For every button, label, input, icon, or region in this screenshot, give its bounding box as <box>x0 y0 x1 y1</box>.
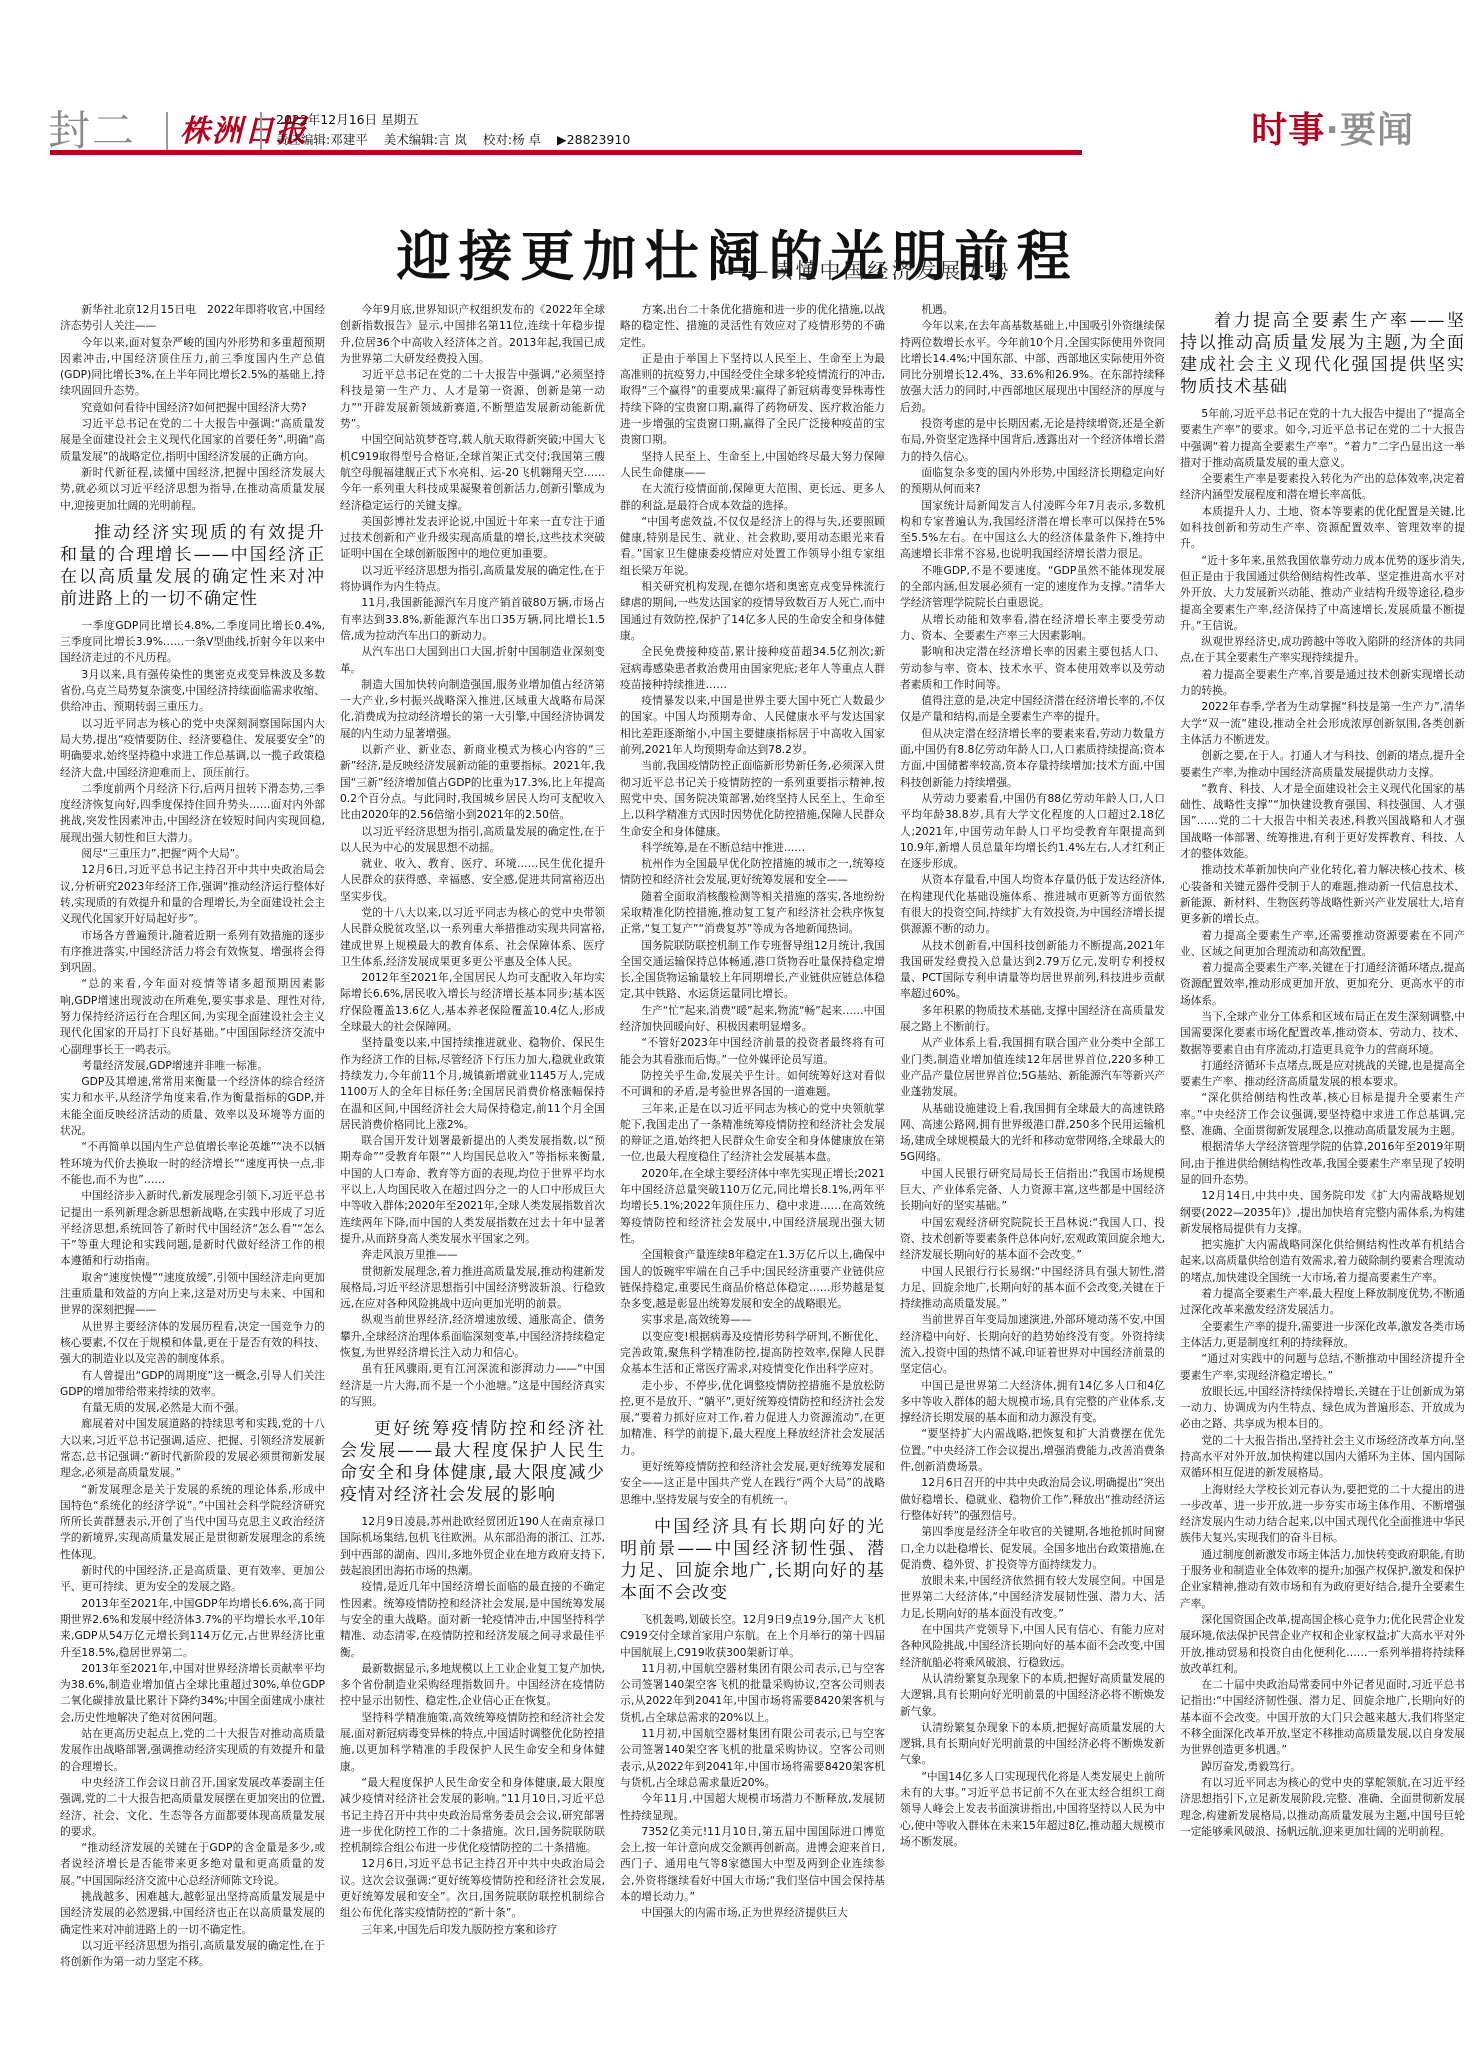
paragraph: 多年积累的物质技术基础,支撑中国经济在高质量发展之路上不断前行。 <box>900 1003 1165 1036</box>
paragraph: 认清纷繁复杂现象下的本质,把握好高质量发展的大逻辑,具有长期向好光明前景的中国经… <box>900 1720 1165 1769</box>
paragraph: “教育、科技、人才是全面建设社会主义现代化国家的基础性、战略性支撑”“加快建设教… <box>1180 781 1465 862</box>
paragraph: 着力提高全要素生产率,最大程度上释放制度优势,不断通过深化改革来激发经济发展活力… <box>1180 1286 1465 1319</box>
paragraph: 11月,我国新能源汽车月度产销首破80万辆,市场占有率达到33.8%,新能源汽车… <box>340 595 605 644</box>
proofreader-credit: 校对:杨 卓 <box>483 132 541 147</box>
paragraph: 中国已是世界第二大经济体,拥有14亿多人口和4亿多中等收入群体的超大规模市场,具… <box>900 1378 1165 1427</box>
article-column-4: 机遇。今年以来,在去年高基数基础上,中国吸引外资继续保持两位数增长水平。今年前1… <box>900 302 1165 2022</box>
paragraph: 3月以来,具有强传染性的奥密克戎变异株波及多数省份,乌克兰局势复杂演变,中国经济… <box>60 667 325 716</box>
paragraph: 有量无质的发展,必然是大而不强。 <box>60 1400 325 1416</box>
section-heading: 推动经济实现质的有效提升和量的合理增长——中国经济正在以高质量发展的确定性来对冲… <box>60 522 325 610</box>
paragraph: “新发展理念是关于发展的系统的理论体系,形成中国特色“系统化的经济学说”。”中国… <box>60 1482 325 1563</box>
section-title-dot: · <box>1325 110 1340 151</box>
paragraph: 2013年至2021年,中国GDP年均增长6.6%,高于同期世界2.6%和发展中… <box>60 1596 325 1661</box>
paragraph: 2012年至2021年,全国居民人均可支配收入年均实际增长6.6%,居民收入增长… <box>340 970 605 1035</box>
paragraph: 疫情,是近几年中国经济增长面临的最直接的不确定性因素。统筹疫情防控和经济社会发展… <box>340 1579 605 1660</box>
paragraph: 着力提高全要素生产率,还需要推动资源要素在不同产业、区域之间更加合理流动和高效配… <box>1180 928 1465 961</box>
paragraph: 防控关乎生命,发展关乎生计。如何统筹好这对看似不可调和的矛盾,是考验世界各国的一… <box>620 1068 885 1101</box>
paragraph: 走小步、不停步,优化调整疫情防控措施不是放松防控,更不是放开、“躺平”,更好统筹… <box>620 1378 885 1459</box>
paragraph: 习近平总书记在党的二十大报告中强调,“必须坚持科技是第一生产力、人才是第一资源、… <box>340 367 605 432</box>
paragraph: 站在更高历史起点上,党的二十大报告对推动高质量发展作出战略部署,强调推动经济实现… <box>60 1726 325 1775</box>
paragraph: 习近平总书记在党的二十大报告中强调:“高质量发展是全面建设社会主义现代化国家的首… <box>60 416 325 465</box>
paragraph: 今年以来,在去年高基数基础上,中国吸引外资继续保持两位数增长水平。今年前10个月… <box>900 318 1165 416</box>
paragraph: 联合国开发计划署最新提出的人类发展指数,以“预期寿命”“受教育年限”“人均国民总… <box>340 1133 605 1247</box>
paragraph: 奔走风浪万里推—— <box>340 1247 605 1263</box>
paragraph: 从增长动能和效率看,潜在经济增长率主要受劳动力、资本、全要素生产率三大因素影响。 <box>900 612 1165 645</box>
paragraph: 从基础设施建设上看,我国拥有全球最大的高速铁路网、高速公路网,拥有世界级港口群,… <box>900 1101 1165 1166</box>
paragraph: 纵观当前世界经济,经济增速放缓、通胀高企、债务攀升,全球经济治理体系面临深刻变革… <box>340 1312 605 1361</box>
paragraph: 中国宏观经济研究院院长王昌林说:“我国人口、投资、技术创新等要素条件总体向好,宏… <box>900 1215 1165 1264</box>
issue-meta: 2022年12月16日 星期五 责任编辑:邓建平 美术编辑:言 岚 校对:杨 卓… <box>276 110 642 150</box>
paragraph: 考量经济发展,GDP增速并非唯一标准。 <box>60 1058 325 1074</box>
paragraph: 从产业体系上看,我国拥有联合国产业分类中全部工业门类,制造业增加值连续12年居世… <box>900 1035 1165 1100</box>
paragraph: 从世界主要经济体的发展历程看,决定一国竞争力的核心要素,不仅在于规模和体量,更在… <box>60 1319 325 1368</box>
paragraph: 上海财经大学校长刘元春认为,要把党的二十大提出的进一步改革、进一步开放,进一步夯… <box>1180 1482 1465 1547</box>
paragraph: 在中国共产党领导下,中国人民有信心、有能力应对各种风险挑战,中国经济长期向好的基… <box>900 1622 1165 1671</box>
paragraph: 中国经济步入新时代,新发展理念引领下,习近平总书记提出一系列新理念新思想新战略,… <box>60 1188 325 1269</box>
article-column-3: 方案,出台二十条优化措施和进一步的优化措施,以战略的稳定性、措施的灵活性有效应对… <box>620 302 885 2022</box>
paragraph: 全要素生产率是要素投入转化为产出的总体效率,决定着经济内涵型发展程度和潜在增长率… <box>1180 471 1465 504</box>
paragraph: 但从决定潜在经济增长率的要素来看,劳动力数量方面,中国仍有8.8亿劳动年龄人口,… <box>900 726 1165 791</box>
paragraph: 以习近平经济思想为指引,高质量发展的确定性,在于将协调作为内生特点。 <box>340 563 605 596</box>
paragraph: 党的十八大以来,以习近平同志为核心的党中央带领人民群众脱贫攻坚,以一系列重大举措… <box>340 905 605 970</box>
article-subheadline: ——读懂中国经济发展大势 <box>0 256 1475 286</box>
paragraph: 11月初,中国航空器材集团有限公司表示,已与空客公司签署140架空客飞机的批量采… <box>620 1661 885 1726</box>
paragraph: 虽有狂风骤雨,更有江河深流和澎湃动力——“中国经济是一片大海,而不是一个小池塘。… <box>340 1361 605 1410</box>
paragraph: 以新产业、新业态、新商业模式为核心内容的“三新”经济,是反映经济发展新动能的重要… <box>340 742 605 823</box>
paragraph: “不管好2023年中国经济前景的投资者最终将有可能会为其看涨而后悔。”一位外媒评… <box>620 1035 885 1068</box>
paragraph: 阅尽“三重压力”,把握“两个大局”。 <box>60 846 325 862</box>
paragraph: 第四季度是经济全年收官的关键期,各地抢抓时间窗口,全力以赴稳增长、促发展。全国多… <box>900 1524 1165 1573</box>
paragraph: 相关研究机构发现,在德尔塔和奥密克戎变异株流行肆虐的期间,一些发达国家的疫情导致… <box>620 579 885 644</box>
paragraph: 全民免费接种疫苗,累计接种疫苗超34.5亿剂次;新冠病毒感染患者救治费用由国家兜… <box>620 644 885 693</box>
paragraph: 从技术创新看,中国科技创新能力不断提高,2021年我国研发经费投入总量达到2.7… <box>900 938 1165 1003</box>
paragraph: 就业、收入、教育、医疗、环境……民生优化提升人民群众的获得感、幸福感、安全感,促… <box>340 856 605 905</box>
section-title-secondary: 要闻 <box>1340 110 1414 151</box>
section-title-primary: 时事 <box>1251 110 1325 151</box>
paragraph: 中国人民银行研究局局长王信指出:“我国市场规模巨大、产业体系完备、人力资源丰富,… <box>900 1166 1165 1215</box>
paragraph: 科学统筹,是在不断总结中推进…… <box>620 840 885 856</box>
paragraph: 创新之要,在于人。打通人才与科技、创新的堵点,提升全要素生产率,为推动中国经济高… <box>1180 748 1465 781</box>
paragraph: 制造大国加快转向制造强国,服务业增加值占经济第一大产业,乡村振兴战略深入推进,区… <box>340 677 605 742</box>
paragraph: 7352亿美元!11月10日,第五届中国国际进口博览会上,按一年计意向成交金额再… <box>620 1824 885 1905</box>
paragraph: 美国彭博社发表评论说,中国近十年来一直专注于通过技术创新和产业升级实现高质量的增… <box>340 514 605 563</box>
paragraph: 坚持科学精准施策,高效统筹疫情防控和经济社会发展,面对新冠病毒变异株的特点,中国… <box>340 1710 605 1775</box>
paragraph: 取舍“速度快慢”“速度放缓”,引领中国经济走向更加注重质量和效益的方向上来,这是… <box>60 1270 325 1319</box>
paragraph: 11月初,中国航空器材集团有限公司表示,已与空客公司签署140架空客飞机的批量采… <box>620 1726 885 1791</box>
paragraph: “要坚持扩大内需战略,把恢复和扩大消费摆在优先位置。”中央经济工作会议提出,增强… <box>900 1426 1165 1475</box>
paragraph: 通过制度创新激发市场主体活力,加快转变政府职能,有助于服务业和制造业全体效率的提… <box>1180 1547 1465 1612</box>
paragraph: 坚持量变以来,中国持续推进就业、稳物价、保民生作为经济工作的目标,尽管经济下行压… <box>340 1035 605 1133</box>
paragraph: 当前世界百年变局加速演进,外部环境动荡不安,中国经济稳中向好、长期向好的趋势始终… <box>900 1312 1165 1377</box>
paragraph: 今年9月底,世界知识产权组织发布的《2022年全球创新指数报告》显示,中国排名第… <box>340 302 605 367</box>
paragraph: 中央经济工作会议日前召开,国家发展改革委副主任强调,党的二十大报告把高质量发展摆… <box>60 1775 325 1840</box>
article-body: 新华社北京12月15日电 2022年即将收官,中国经济态势引人关注——今年以来,… <box>60 302 1465 2022</box>
paragraph: 影响和决定潜在经济增长率的因素主要包括人口、劳动参与率、资本、技术水平、资本使用… <box>900 644 1165 693</box>
editor-credit: 责任编辑:邓建平 <box>276 132 368 147</box>
paragraph: 方案,出台二十条优化措施和进一步的优化措施,以战略的稳定性、措施的灵活性有效应对… <box>620 302 885 351</box>
paragraph: 新时代的中国经济,正是高质量、更有效率、更加公平、更可持续、更为安全的发展之路。 <box>60 1563 325 1596</box>
paragraph: 有以习近平同志为核心的党中央的掌舵领航,在习近平经济思想指引下,立足新发展阶段,… <box>1180 1775 1465 1840</box>
paragraph: 以变应变!根据病毒及疫情形势科学研判,不断优化、完善政策,聚焦科学精准防控,提高… <box>620 1329 885 1378</box>
paragraph: “中国考虑效益,不仅仅是经济上的得与失,还要照顾健康,特别是民生、就业、社会救助… <box>620 514 885 579</box>
paragraph: 从劳动力要素看,中国仍有88亿劳动年龄人口,人口平均年龄38.8岁,具有大学文化… <box>900 791 1165 872</box>
paragraph: 12月6日召开的中共中央政治局会议,明确提出“突出做好稳增长、稳就业、稳物价工作… <box>900 1475 1165 1524</box>
paragraph: 全要素生产率的提升,需要进一步深化改革,激发各类市场主体活力,更是制度红利的持续… <box>1180 1319 1465 1352</box>
paragraph: “最大程度保护人民生命安全和身体健康,最大限度减少疫情对经济社会发展的影响。”1… <box>340 1775 605 1856</box>
paragraph: 放眼未来,中国经济依然拥有较大发展空间。中国是世界第二大经济体,“中国经济发展韧… <box>900 1573 1165 1622</box>
article-column-1: 新华社北京12月15日电 2022年即将收官,中国经济态势引人关注——今年以来,… <box>60 302 325 2022</box>
paragraph: 疫情暴发以来,中国是世界主要大国中死亡人数最少的国家。中国人均预期寿命、人民健康… <box>620 693 885 758</box>
paragraph: 更好统筹疫情防控和经济社会发展,更好统筹发展和安全——这正是中国共产党人在践行“… <box>620 1459 885 1508</box>
paragraph: 二季度前两个月经济下行,后两月扭转下滑态势,三季度经济恢复向好,四季度保持住回升… <box>60 781 325 846</box>
paragraph: 有人曾提出“GDP的周期度”这一概念,引导人们关注GDP的增加带给带来持续的效率… <box>60 1368 325 1401</box>
paragraph: 5年前,习近平总书记在党的十九大报告中提出了“提高全要素生产率”的要求。如今,习… <box>1180 406 1465 471</box>
paragraph: 究竟如何看待中国经济?如何把握中国经济大势? <box>60 400 325 416</box>
paragraph: 深化国资国企改革,提高国企核心竞争力;优化民营企业发展环境,依法保护民营企业产权… <box>1180 1612 1465 1677</box>
paragraph: 今年以来,面对复杂严峻的国内外形势和多重超预期因素冲击,中国经济顶住压力,前三季… <box>60 335 325 400</box>
paragraph: 坚持人民至上、生命至上,中国始终尽最大努力保障人民生命健康—— <box>620 449 885 482</box>
paragraph: 2022年春季,学者为生动掌握“科技是第一生产力”,清华大学“双一流”建设,推动… <box>1180 699 1465 748</box>
paragraph: 生产“忙”起来,消费“暖”起来,物流“畅”起来……中国经济加快回暖向好、积极因素… <box>620 1003 885 1036</box>
paragraph: 从汽车出口大国到出口大国,折射中国制造业深刻变革。 <box>340 644 605 677</box>
paragraph: 12月9日凌晨,苏州赴欧经贸团近190人在南京禄口国际机场集结,包机飞往欧洲。从… <box>340 1514 605 1579</box>
issue-date: 2022年12月16日 星期五 <box>276 110 642 130</box>
paragraph: 12月6日,习近平总书记主持召开中共中央政治局会议,分析研究2023年经济工作,… <box>60 862 325 927</box>
paragraph: “深化供给侧结构性改革,核心目标是提升全要素生产率。”中央经济工作会议强调,要坚… <box>1180 1090 1465 1139</box>
paragraph: 挑战越多、困难越大,越彰显出坚持高质量发展是中国经济发展的必然逻辑,中国经济也正… <box>60 1889 325 1938</box>
paragraph: 不唯GDP,不是不要速度。“GDP虽然不能体现发展的全部内涵,但发展必须有一定的… <box>900 563 1165 612</box>
paragraph: 飞机轰鸣,划破长空。12月9日9点19分,国产大飞机C919交付全球首家用户东航… <box>620 1612 885 1661</box>
paragraph: 值得注意的是,决定中国经济潜在经济增长率的,不仅仅是产量和结构,而是全要素生产率… <box>900 693 1165 726</box>
masthead: 封二 株洲日报 2022年12月16日 星期五 责任编辑:邓建平 美术编辑:言 … <box>48 108 1448 156</box>
paragraph: 以习近平同志为核心的党中央深刻洞察国际国内大局大势,提出“疫情要防住、经济要稳住… <box>60 716 325 781</box>
paragraph: 从资本存量看,中国人均资本存量仍低于发达经济体,在构建现代化基础设施体系、推进城… <box>900 872 1165 937</box>
paragraph: 在大流行疫情面前,保障更大范围、更长远、更多人群的利益,是最符合成本效益的选择。 <box>620 481 885 514</box>
paragraph: 中国人民银行行长易纲:“中国经济具有强大韧性,潜力足、回旋余地广,长期向好的基本… <box>900 1264 1165 1313</box>
paragraph: 着力提高全要素生产率,首要是通过技术创新实现增长动力的转换。 <box>1180 667 1465 700</box>
paragraph: 在二十届中央政治局常委同中外记者见面时,习近平总书记指出:“中国经济韧性强、潜力… <box>1180 1677 1465 1758</box>
section-heading: 更好统筹疫情防控和经济社会发展——最大程度保护人民生命安全和身体健康,最大限度减… <box>340 1418 605 1506</box>
paragraph: “通过对实践中的问题与总结,不断推动中国经济提升全要素生产率,实现经济稳定增长。… <box>1180 1351 1465 1384</box>
paragraph: 贯彻新发展理念,着力推进高质量发展,推动构建新发展格局,习近平经济思想指引中国经… <box>340 1264 605 1313</box>
art-editor-credit: 美术编辑:言 岚 <box>384 132 467 147</box>
paragraph: “中国14亿多人口实现现代化将是人类发展史上前所未有的大事。”习近平总书记前不久… <box>900 1769 1165 1850</box>
paragraph: 12月14日,中共中央、国务院印发《扩大内需战略规划纲要(2022—2035年)… <box>1180 1188 1465 1237</box>
paragraph: 中国空间站筑梦苍穹,载人航天取得新突破;中国大飞机C919取得型号合格证,全球首… <box>340 432 605 513</box>
divider <box>260 112 262 150</box>
paragraph: 全国粮食产量连续8年稳定在1.3万亿斤以上,确保中国人的饭碗牢牢端在自己手中;国… <box>620 1247 885 1312</box>
paragraph: “不再简单以国内生产总值增长率论英雄”“决不以牺牲环境为代价去换取一时的经济增长… <box>60 1139 325 1188</box>
paragraph: 党的二十大报告指出,坚持社会主义市场经济改革方向,坚持高水平对外开放,加快构建以… <box>1180 1433 1465 1482</box>
paragraph: 市场各方普遍预计,随着近期一系列有效措施的逐步有序推进落实,中国经济活力将会有效… <box>60 928 325 977</box>
paragraph: 机遇。 <box>900 302 1165 318</box>
staff-credits: 责任编辑:邓建平 美术编辑:言 岚 校对:杨 卓 ▶28823910 <box>276 130 642 150</box>
paragraph: 最新数据显示,多地规模以上工业企业复工复产加快,多个省份制造业采购经理指数回升。… <box>340 1661 605 1710</box>
paragraph: 廊展着对中国发展道路的持续思考和实践,党的十八大以来,习近平总书记强调,适应、把… <box>60 1416 325 1481</box>
paragraph: GDP及其增速,常常用来衡量一个经济体的综合经济实力和水平,从经济学角度来看,作… <box>60 1074 325 1139</box>
paragraph: 打通经济循环卡点堵点,既是应对挑战的关键,也是提高全要素生产率、推动经济高质量发… <box>1180 1058 1465 1091</box>
paragraph: 投资考虑的是中长期因素,无论是持续增资,还是全新布局,外资坚定选择中国背后,透露… <box>900 416 1165 465</box>
page-label: 封二 <box>48 108 136 154</box>
section-heading: 中国经济具有长期向好的光明前景——中国经济韧性强、潜力足、回旋余地广,长期向好的… <box>620 1516 885 1604</box>
paragraph: 杭州作为全国最早优化防控措施的城市之一,统筹疫情防控和经济社会发展,更好统筹发展… <box>620 856 885 889</box>
section-title: 时事·要闻 <box>1251 108 1414 154</box>
paragraph: “近十多年来,虽然我国依靠劳动力成本优势的逐步消失,但正是由于我国通过供给侧结构… <box>1180 553 1465 634</box>
section-heading: 着力提高全要素生产率——坚持以推动高质量发展为主题,为全面建成社会主义现代化强国… <box>1180 310 1465 398</box>
paragraph: 一季度GDP同比增长4.8%,二季度同比增长0.4%,三季度同比增长3.9%……… <box>60 618 325 667</box>
article-column-5: 着力提高全要素生产率——坚持以推动高质量发展为主题,为全面建成社会主义现代化强国… <box>1180 302 1465 2022</box>
paragraph: 着力提高全要素生产率,关键在于打通经济循环堵点,提高资源配置效率,推动形成更加开… <box>1180 960 1465 1009</box>
paragraph: 正是由于举国上下坚持以人民至上、生命至上为最高准则的抗疫努力,中国经受住全球多轮… <box>620 351 885 449</box>
paragraph: “推动经济发展的关键在于GDP的含金量是多少,或者说经济增长是否能带来更多绝对量… <box>60 1840 325 1889</box>
paragraph: 当下,全球产业分工体系和区域布局正在发生深刻调整,中国需要深化要素市场化配置改革… <box>1180 1009 1465 1058</box>
article-column-2: 今年9月底,世界知识产权组织发布的《2022年全球创新指数报告》显示,中国排名第… <box>340 302 605 2022</box>
paragraph: 2013年至2021年,中国对世界经济增长贡献率平均为38.6%,制造业增加值占… <box>60 1661 325 1726</box>
divider <box>166 112 168 150</box>
header-rule <box>50 150 1082 155</box>
paragraph: 本质提升人力、土地、资本等要素的优化配置是关键,比如科技创新和劳动生产率、资源配… <box>1180 504 1465 553</box>
paragraph: 国务院联防联控机制工作专班督导组12月统计,我国全国交通运输保持总体畅通,港口货… <box>620 938 885 1003</box>
paragraph: 三年来,正是在以习近平同志为核心的党中央领航掌舵下,我国走出了一条精准统筹疫情防… <box>620 1101 885 1166</box>
paragraph: 三年来,中国先后印发九版防控方案和诊疗 <box>340 1922 605 1938</box>
paragraph: 新时代新征程,读懂中国经济,把握中国经济发展大势,就必须以习近平经济思想为指导,… <box>60 465 325 514</box>
paragraph: 踔厉奋发,勇毅笃行。 <box>1180 1759 1465 1775</box>
paragraph: 从认清纷繁复杂现象下的本质,把握好高质量发展的大逻辑,具有长期向好光明前景的中国… <box>900 1671 1165 1720</box>
paragraph: 放眼长远,中国经济持续保持增长,关键在于让创新成为第一动力、协调成为内生特点、绿… <box>1180 1384 1465 1433</box>
paragraph: 2020年,在全球主要经济体中率先实现正增长;2021年中国经济总量突破110万… <box>620 1166 885 1247</box>
paragraph: 以习近平经济思想为指引,高质量发展的确定性,在于将创新作为第一动力坚定不移。 <box>60 1938 325 1971</box>
paragraph: 以习近平经济思想为指引,高质量发展的确定性,在于以人民为中心的发展思想不动摇。 <box>340 824 605 857</box>
paragraph: 12月6日,习近平总书记主持召开中共中央政治局会议。这次会议强调:“更好统筹疫情… <box>340 1856 605 1921</box>
hotline-number: ▶28823910 <box>557 132 630 147</box>
paragraph: 实事求是,高效统筹—— <box>620 1312 885 1328</box>
paragraph: 国家统计局新闻发言人付凌晖今年7月表示,多数机构和专家普遍认为,我国经济潜在增长… <box>900 498 1165 563</box>
paragraph: “总的来看,今年面对疫情等诸多超预期因素影响,GDP增速出现波动在所难免,要实事… <box>60 976 325 1057</box>
paragraph: 根据清华大学经济管理学院的估算,2016年至2019年期间,由于推进供给侧结构性… <box>1180 1139 1465 1188</box>
paragraph: 面临复杂多变的国内外形势,中国经济长期稳定向好的预期从何而来? <box>900 465 1165 498</box>
paragraph: 新华社北京12月15日电 2022年即将收官,中国经济态势引人关注—— <box>60 302 325 335</box>
paragraph: 今年11月,中国超大规模市场潜力不断释放,发展韧性持续显现。 <box>620 1791 885 1824</box>
paragraph: 当前,我国疫情防控正面临新形势新任务,必须深入贯彻习近平总书记关于疫情防控的一系… <box>620 758 885 839</box>
paragraph: 随着全面取消核酸检测等相关措施的落实,各地纷纷采取精准化防控措施,推动复工复产和… <box>620 889 885 938</box>
paragraph: 纵观世界经济史,成功跨越中等收入陷阱的经济体的共同点,在于其全要素生产率实现持续… <box>1180 634 1465 667</box>
paragraph: 中国强大的内需市场,正为世界经济提供巨大 <box>620 1905 885 1921</box>
paragraph: 推动技术革新加快向产业化转化,着力解决核心技术、核心装备和关键元器件受制于人的难… <box>1180 862 1465 927</box>
paragraph: 把实施扩大内需战略同深化供给侧结构性改革有机结合起来,以高质量供给创造有效需求,… <box>1180 1237 1465 1286</box>
